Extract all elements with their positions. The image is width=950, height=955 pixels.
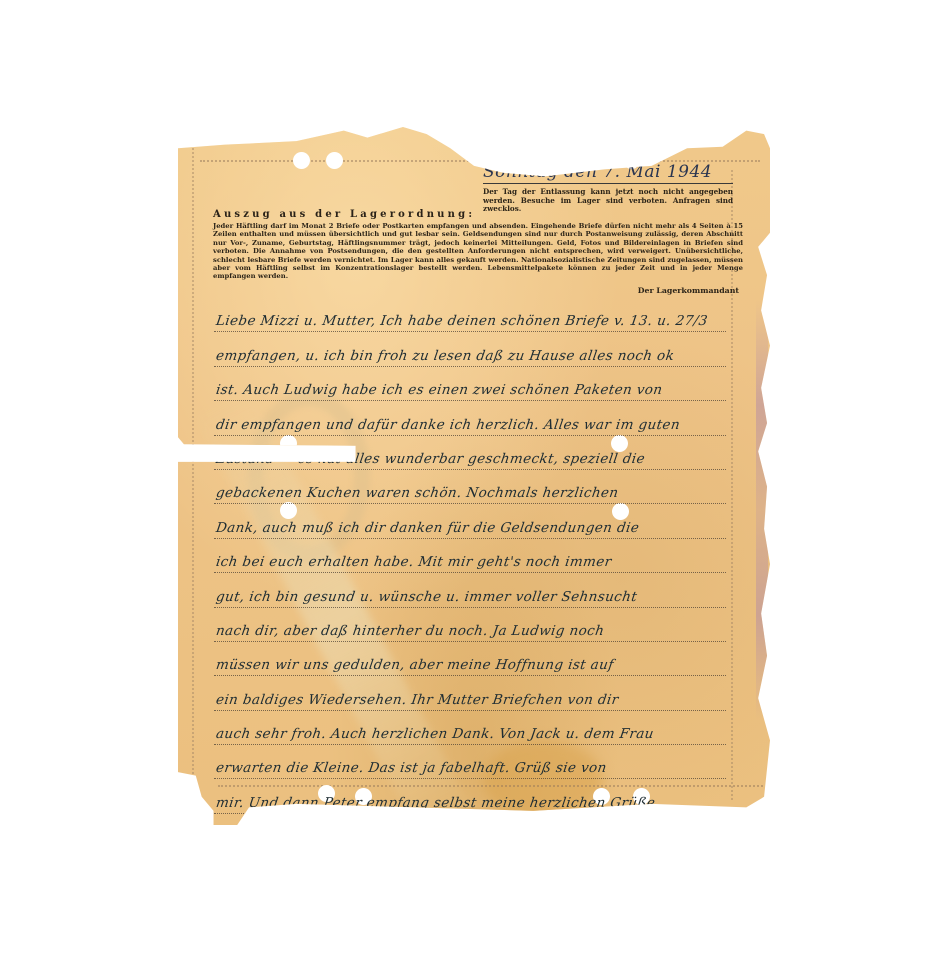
handwritten-line: auch sehr froh. Auch herzlichen Dank. Vo… [214,711,726,745]
handwritten-text: auch sehr froh. Auch herzlichen Dank. Vo… [215,726,727,742]
perforation-left [192,148,194,798]
handwritten-line: gebackenen Kuchen waren schön. Nochmals … [214,470,726,504]
punch-hole [623,152,640,169]
handwritten-line: empfangen, u. ich bin froh zu lesen daß … [214,332,726,366]
camp-rules-excerpt: Auszug aus der Lagerordnung: Jeder Häftl… [213,209,743,295]
handwritten-line: Zustand — es hat alles wunderbar geschme… [214,436,726,470]
handwritten-text: gut, ich bin gesund u. wünsche u. immer … [215,589,727,605]
handwritten-line: Liebe Mizzi u. Mutter, Ich habe deinen s… [214,298,726,332]
punch-hole [326,152,343,169]
handwritten-line: ist. Auch Ludwig habe ich es einen zwei … [214,367,726,401]
date-header: Sonntag den 7. Mai 1944 Der Tag der Entl… [483,162,733,214]
rules-title: Auszug aus der Lagerordnung: [213,209,743,220]
handwritten-text: Dank, auch muß ich dir danken für die Ge… [215,520,727,536]
rules-signature: Der Lagerkommandant [213,286,743,295]
handwritten-text: ein baldiges Wiedersehen. Ihr Mutter Bri… [215,692,727,708]
handwritten-text: Zustand — es hat alles wunderbar geschme… [215,451,727,467]
handwritten-text: nach dir, aber daß hinterher du noch. Ja… [215,623,727,639]
handwritten-text: gebackenen Kuchen waren schön. Nochmals … [215,485,727,501]
handwritten-text: ist. Auch Ludwig habe ich es einen zwei … [215,382,727,398]
handwritten-text: dir empfangen und dafür danke ich herzli… [215,417,727,433]
handwritten-line: u. Küsse von deinem lieben Ernst. Für al… [214,814,726,848]
handwritten-text: mir. Und dann Peter empfang selbst meine… [215,795,727,811]
handwritten-line: ich bei euch erhalten habe. Mit mir geht… [214,539,726,573]
handwritten-text: müssen wir uns gedulden, aber meine Hoff… [215,657,727,673]
handwritten-line: dir empfangen und dafür danke ich herzli… [214,401,726,435]
handwritten-text: u. Küsse von deinem lieben Ernst. Für al… [215,829,727,845]
handwritten-line: müssen wir uns gedulden, aber meine Hoff… [214,642,726,676]
purple-edge-stain [756,300,768,720]
rules-body: Jeder Häftling darf im Monat 2 Briefe od… [213,222,743,281]
handwritten-text: empfangen, u. ich bin froh zu lesen daß … [215,348,727,364]
handwritten-line: nach dir, aber daß hinterher du noch. Ja… [214,608,726,642]
handwritten-line: erwarten die Kleine. Das ist ja fabelhaf… [214,745,726,779]
letter-card: Sonntag den 7. Mai 1944 Der Tag der Entl… [178,120,770,825]
date-heading: Sonntag den 7. Mai 1944 [483,162,733,184]
handwritten-text: ich bei euch erhalten habe. Mit mir geht… [215,554,727,570]
handwritten-line: ein baldiges Wiedersehen. Ihr Mutter Bri… [214,676,726,710]
handwritten-letter: Liebe Mizzi u. Mutter, Ich habe deinen s… [214,298,726,848]
punch-hole [578,152,595,169]
handwritten-text: Liebe Mizzi u. Mutter, Ich habe deinen s… [215,313,727,329]
handwritten-text: erwarten die Kleine. Das ist ja fabelhaf… [215,760,727,776]
handwritten-line: mir. Und dann Peter empfang selbst meine… [214,779,726,813]
handwritten-line: gut, ich bin gesund u. wünsche u. immer … [214,573,726,607]
handwritten-line: Dank, auch muß ich dir danken für die Ge… [214,504,726,538]
punch-hole [293,152,310,169]
